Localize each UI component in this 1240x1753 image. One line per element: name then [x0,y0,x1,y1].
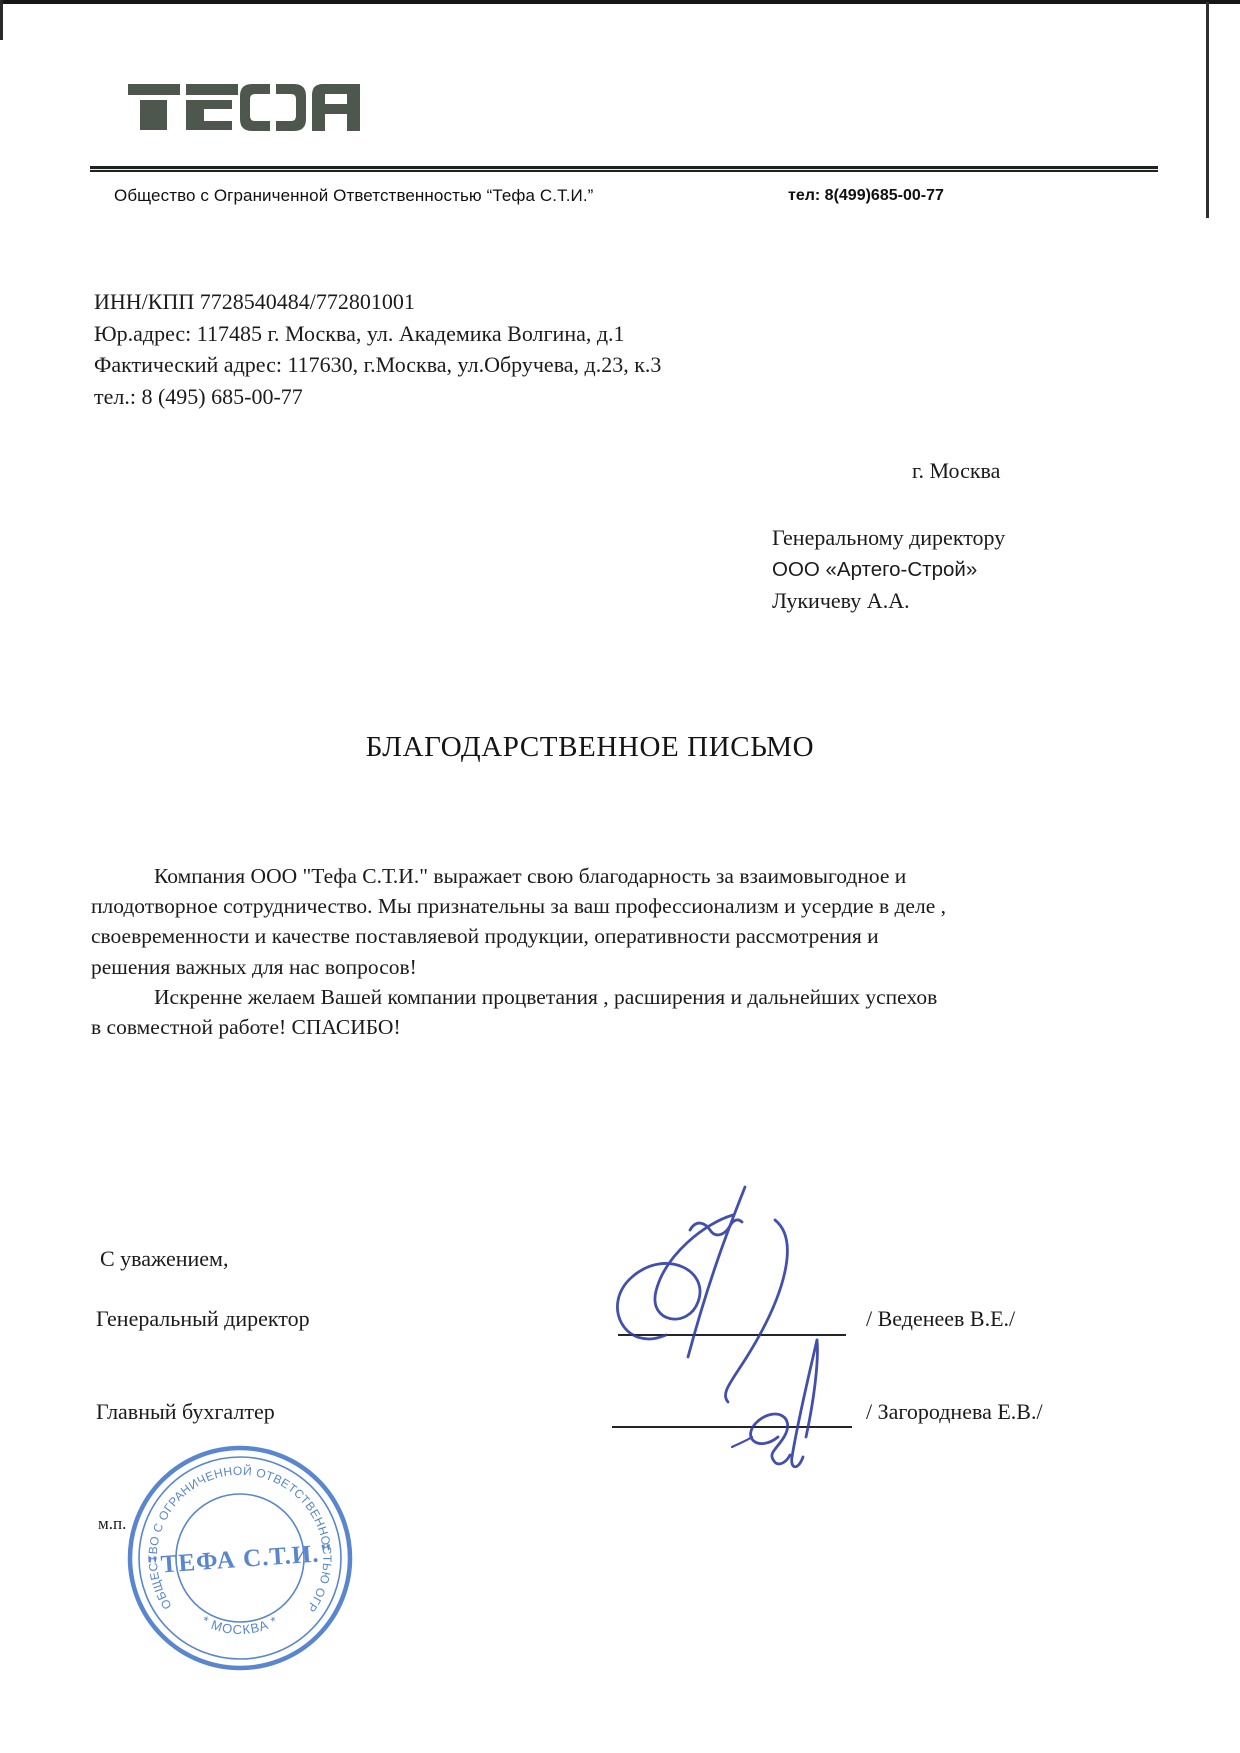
tefa-logo-icon [128,84,360,136]
company-requisites: ИНН/КПП 7728540484/772801001 Юр.адрес: 1… [94,286,661,412]
letterhead-company-name: Общество с Ограниченной Ответственностью… [114,186,593,206]
letterhead-rule [90,166,1158,173]
body-line: плодотворное сотрудничество. Мы признате… [91,891,1111,921]
scan-edge-right [1206,2,1209,218]
letterhead-phone: тел: 8(499)685-00-77 [788,187,944,205]
handwritten-signatures-icon [570,1185,870,1480]
accountant-name-label: / Загороднева Е.В./ [866,1399,1043,1425]
recipient-name: Лукичеву А.А. [772,585,1005,617]
scan-edge-top [0,0,1240,4]
body-line: Искренне желаем Вашей компании процветан… [91,982,1111,1012]
letter-title: БЛАГОДАРСТВЕННОЕ ПИСЬМО [30,731,1150,764]
stamp-place-label: м.п. [98,1514,126,1534]
director-name-label: / Веденеев В.Е./ [866,1306,1015,1332]
recipient-block: Генеральному директору ООО «Артего-Строй… [772,522,1005,617]
accountant-position-label: Главный бухгалтер [96,1399,275,1425]
recipient-company: ООО «Артего-Строй» [772,554,1005,586]
stamp-center-text: "ТЕФА С.Т.И." [145,1539,335,1579]
inn-kpp-line: ИНН/КПП 7728540484/772801001 [94,286,661,318]
body-line: решения важных для нас вопросов! [91,952,1111,982]
body-line: своевременности и качестве поставляевой … [91,921,1111,951]
director-position-label: Генеральный директор [96,1306,310,1332]
salutation: С уважением, [100,1246,228,1272]
body-line: в совместной работе! СПАСИБО! [91,1012,1111,1042]
stamp-bottom-text: * МОСКВА * [199,1613,280,1637]
letter-page: Общество с Ограниченной Ответственностью… [0,0,1240,1753]
scan-edge-left [0,0,3,40]
company-stamp: ОБЩЕСТВО С ОГРАНИЧЕННОЙ ОТВЕТСТВЕННОСТЬЮ… [124,1442,356,1679]
recipient-position: Генеральному директору [772,522,1005,554]
body-line: Компания ООО "Тефа С.Т.И." выражает свою… [91,861,1111,891]
svg-text:* МОСКВА *: * МОСКВА * [199,1613,280,1637]
phone-line: тел.: 8 (495) 685-00-77 [94,381,661,413]
legal-address-line: Юр.адрес: 117485 г. Москва, ул. Академик… [94,318,661,350]
city-label: г. Москва [912,458,1000,484]
letter-body: Компания ООО "Тефа С.Т.И." выражает свою… [91,861,1111,1042]
actual-address-line: Фактический адрес: 117630, г.Москва, ул.… [94,349,661,381]
